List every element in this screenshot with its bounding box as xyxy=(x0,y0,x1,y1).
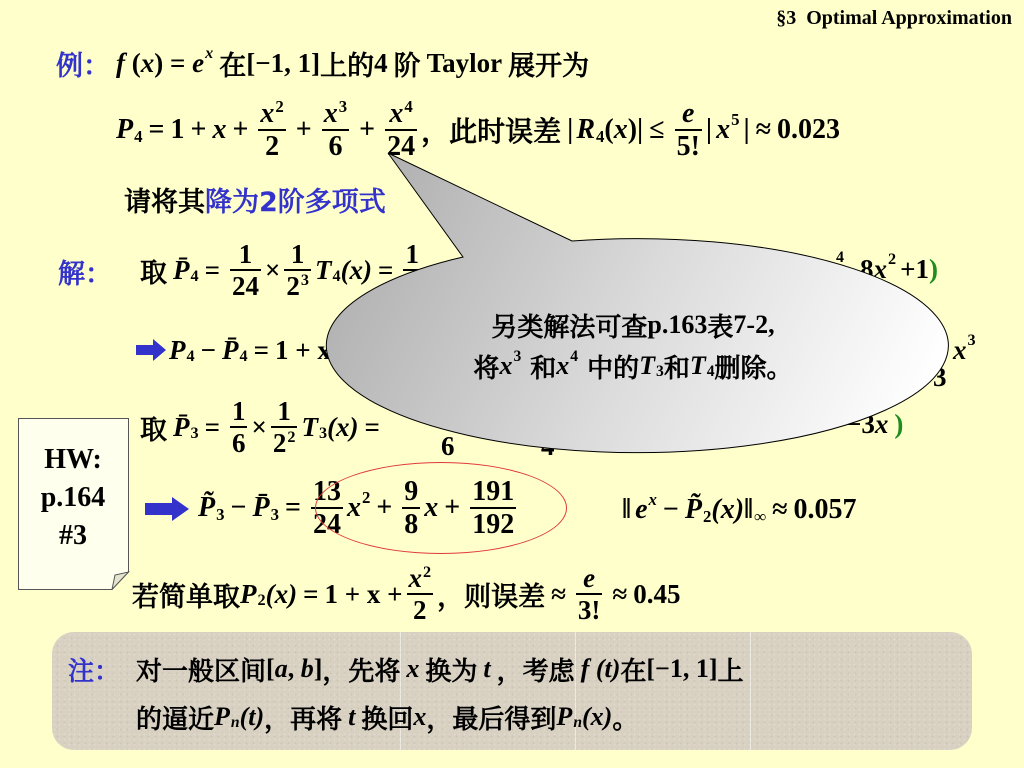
callout-text: 和 xyxy=(664,348,690,385)
math-T: T xyxy=(690,351,706,381)
math-sub: 3 xyxy=(656,363,664,381)
callout-text: 删除。 xyxy=(715,348,793,385)
callout-line-2: 将 x 3 和 x 4 中的 T 3 和 T 4 删除。 xyxy=(423,346,843,386)
callout-text: 另类解法可查 xyxy=(491,307,647,344)
math-T: T xyxy=(639,351,655,381)
table-ref: 7-2, xyxy=(733,310,774,340)
callout-text: 将 xyxy=(473,348,499,385)
callout-text: 中的 xyxy=(578,348,639,385)
math-sub: 4 xyxy=(707,363,715,381)
math-exp: 3 xyxy=(513,348,521,366)
math-x: x xyxy=(499,351,512,381)
callout-text: 和 xyxy=(521,348,556,385)
page-ref: p.163 xyxy=(647,310,707,340)
callout-line-1: 另类解法可查 p.163 表 7-2, xyxy=(433,306,833,344)
math-exp: 4 xyxy=(570,348,578,366)
callout-text: 表 xyxy=(707,307,733,344)
slide: §3 Optimal Approximation 例： f ( x ) = e … xyxy=(0,0,1024,768)
math-x: x xyxy=(556,351,569,381)
